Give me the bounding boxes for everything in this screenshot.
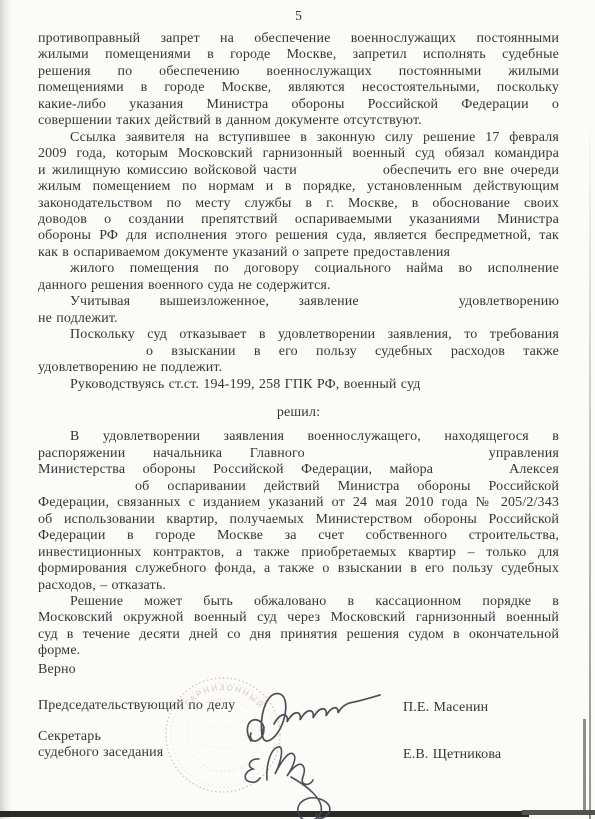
- text-line: противоправный запрет на обеспечение вое…: [38, 31, 559, 47]
- text-line: Решение может быть обжаловано в кассацио…: [38, 594, 559, 610]
- text-line: удовлетворению не подлежит.: [38, 360, 559, 376]
- text-line: Ссылка заявителя на вступившее в законну…: [38, 130, 559, 146]
- text-line: доводов о создании препятствий оспаривае…: [38, 212, 559, 228]
- text-line: Федерации, связанных с изданием указаний…: [38, 495, 559, 511]
- text-line: Руководствуясь ст.ст. 194-199, 258 ГПК Р…: [38, 377, 559, 393]
- text-line: В удовлетворении заявления военнослужаще…: [38, 429, 559, 445]
- text-line: совершении таких действий в данном докум…: [38, 113, 559, 129]
- presiding-judge-label: Председательствующий по делу: [38, 698, 235, 713]
- text-line: жилого помещения по договору социального…: [38, 261, 559, 277]
- text-line: и жилищную комиссию войсковой частиобесп…: [38, 163, 559, 179]
- text-line: Московский окружной военный суд через Мо…: [38, 610, 559, 626]
- text-line: как в оспариваемом документе указаний о …: [38, 245, 559, 261]
- text-line: Поскольку суд отказывает в удовлетворени…: [38, 327, 559, 343]
- redacted-gap: [359, 303, 459, 305]
- text-line: решил:: [38, 405, 559, 421]
- text-line: жилыми помещениями в городе Москве, запр…: [38, 47, 559, 63]
- text-line: форме.: [38, 643, 559, 659]
- scan-edge-left: [0, 0, 12, 819]
- text-line: Министерства обороны Российской Федераци…: [38, 462, 559, 478]
- scan-edge-right: [589, 110, 591, 819]
- page-number: 5: [38, 8, 559, 24]
- redacted-gap: [297, 172, 383, 174]
- presiding-judge-name: П.Е. Масенин: [403, 700, 488, 716]
- text-line: решения по обеспечению военнослужащих по…: [38, 64, 559, 80]
- text-line: обороны РФ для исполнения этого решения …: [38, 228, 559, 244]
- text-line: распоряжении начальника Главногоуправлен…: [38, 446, 559, 462]
- text-line: об оспаривании действий Министра обороны…: [38, 479, 559, 495]
- secretary-name: Е.В. Щетникова: [403, 747, 501, 763]
- document-body: противоправный запрет на обеспечение вое…: [38, 31, 559, 762]
- scan-bar-bottom: [0, 811, 529, 817]
- text-line: не подлежит.: [38, 311, 559, 327]
- text-line: формирования служебного фонда, а также о…: [38, 561, 559, 577]
- text-line: законодательством по месту службы в г. М…: [38, 196, 559, 212]
- text-line: инвестиционных контрактов, а также приоб…: [38, 545, 559, 561]
- text-line: суд в течение десяти дней со дня приняти…: [38, 627, 559, 643]
- text-line: данного решения военного суда не содержи…: [38, 278, 559, 294]
- certified-true-copy-label: Верно: [38, 662, 559, 678]
- scanned-court-document-page: 5 противоправный запрет на обеспечение в…: [0, 0, 595, 819]
- scan-bar-bottom-right: [522, 810, 595, 815]
- body-lines: противоправный запрет на обеспечение вое…: [38, 31, 559, 660]
- scan-edge-right-dark: [583, 719, 586, 813]
- text-line: помещениями в городе Москве, являются не…: [38, 80, 559, 96]
- text-line: какие-либо указания Министра обороны Рос…: [38, 97, 559, 113]
- redacted-gap: [305, 455, 489, 457]
- text-line: Учитывая вышеизложенное, заявлениеудовле…: [38, 294, 559, 310]
- text-line: Федерации в городе Москве за счет собств…: [38, 528, 559, 544]
- redacted-gap: [433, 471, 509, 473]
- secretary-row: судебного заседания Е.В. Щетникова: [38, 745, 559, 761]
- text-line: об использовании квартир, получаемых Мин…: [38, 512, 559, 528]
- text-line: расходов, – отказать.: [38, 578, 559, 594]
- text-line: о взыскании в его пользу судебных расход…: [38, 344, 559, 360]
- text-line: жилым помещением по нормам и в порядке, …: [38, 179, 559, 195]
- secretary-label-line1: Секретарь: [38, 729, 559, 745]
- secretary-label-line2: судебного заседания: [38, 745, 163, 760]
- text-line: 2009 года, которым Московский гарнизонны…: [38, 146, 559, 162]
- presiding-judge-row: Председательствующий по делу П.Е. Масени…: [38, 698, 559, 714]
